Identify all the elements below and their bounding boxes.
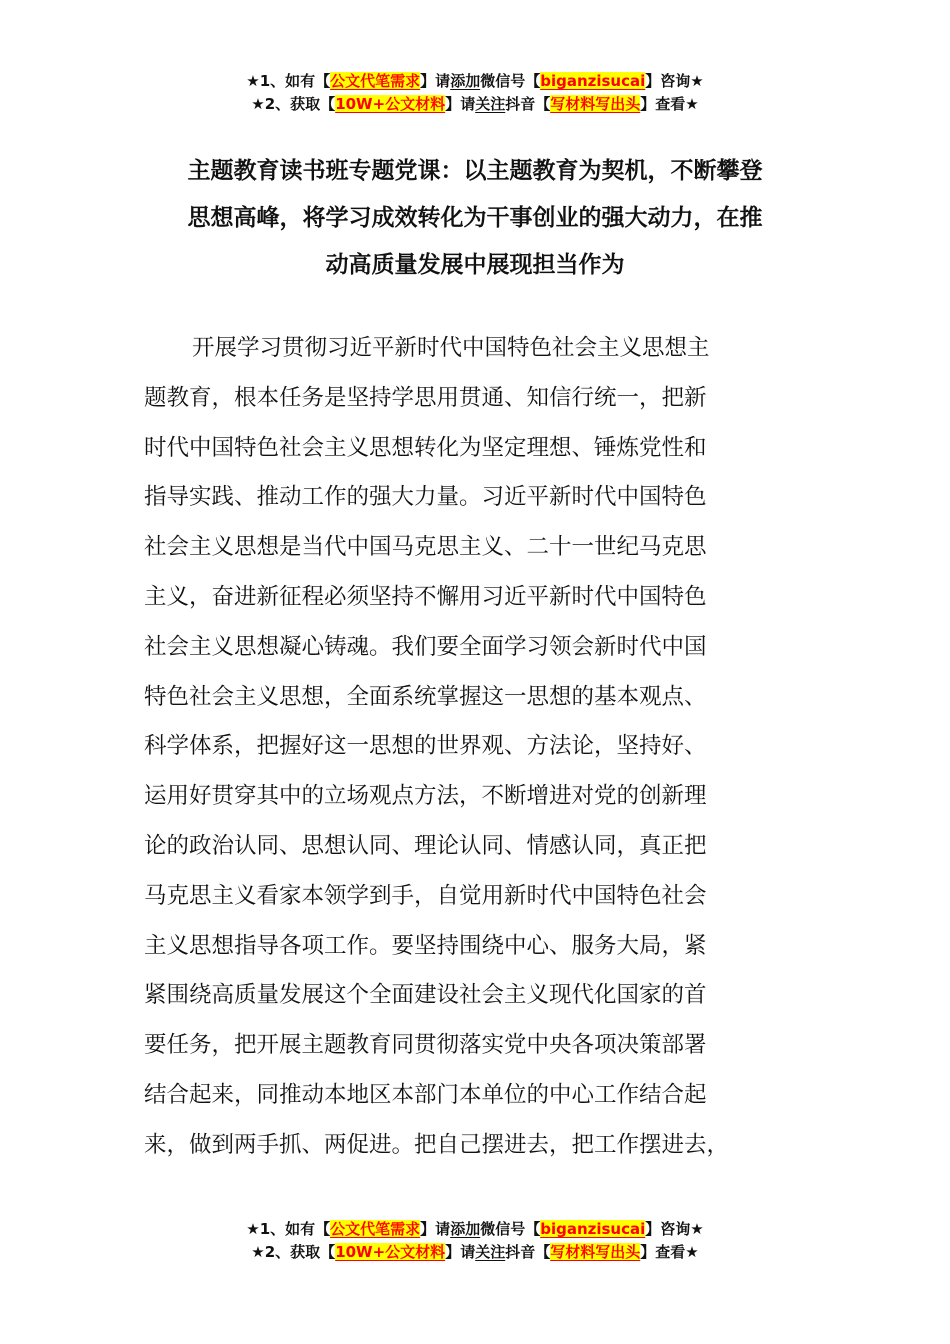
- body-line: 指导实践、推动工作的强大力量。习近平新时代中国特色: [144, 473, 804, 523]
- body-line: 社会主义思想是当代中国马克思主义、二十一世纪马克思: [144, 523, 804, 573]
- body-line: 时代中国特色社会主义思想转化为坚定理想、锤炼党性和: [144, 424, 804, 474]
- highlight-douyin-account: 写材料写出头: [550, 1243, 640, 1261]
- underlined-follow: 关注: [475, 1243, 505, 1261]
- body-line: 科学体系，把握好这一思想的世界观、方法论，坚持好、: [144, 722, 804, 772]
- banner-text: 抖音【: [505, 95, 550, 113]
- highlight-service: 公文代笔需求: [330, 1220, 420, 1238]
- document-title: 主题教育读书班专题党课：以主题教育为契机，不断攀登 思想高峰，将学习成效转化为干…: [145, 148, 805, 289]
- banner-text: 】咨询★: [645, 1220, 703, 1238]
- body-line: 紧围绕高质量发展这个全面建设社会主义现代化国家的首: [144, 971, 804, 1021]
- highlight-materials: 10W+公文材料: [335, 95, 445, 113]
- banner-text: 】查看★: [640, 1243, 698, 1261]
- banner-text: 微信号【: [480, 1220, 540, 1238]
- body-line: 马克思主义看家本领学到手，自觉用新时代中国特色社会: [144, 872, 804, 922]
- body-line: 题教育，根本任务是坚持学思用贯通、知信行统一，把新: [144, 374, 804, 424]
- highlight-wechat-id: biganzisucai: [540, 72, 645, 90]
- banner-text: 】查看★: [640, 95, 698, 113]
- body-line: 特色社会主义思想，全面系统掌握这一思想的基本观点、: [144, 673, 804, 723]
- banner-line-2: ★2、获取【10W+公文材料】请关注抖音【写材料写出头】查看★: [0, 1241, 950, 1264]
- banner-text: ★2、获取【: [251, 1243, 335, 1261]
- body-line: 要任务，把开展主题教育同贯彻落实党中央各项决策部署: [144, 1021, 804, 1071]
- body-line: 论的政治认同、思想认同、理论认同、情感认同，真正把: [144, 822, 804, 872]
- body-line: 来，做到两手抓、两促进。把自己摆进去，把工作摆进去，: [144, 1121, 804, 1171]
- title-line: 动高质量发展中展现担当作为: [145, 242, 805, 289]
- title-line: 思想高峰，将学习成效转化为干事创业的强大动力，在推: [145, 195, 805, 242]
- body-line: 社会主义思想凝心铸魂。我们要全面学习领会新时代中国: [144, 623, 804, 673]
- banner-line-1: ★1、如有【公文代笔需求】请添加微信号【biganzisucai】咨询★: [0, 70, 950, 93]
- banner-line-2: ★2、获取【10W+公文材料】请关注抖音【写材料写出头】查看★: [0, 93, 950, 116]
- title-line: 主题教育读书班专题党课：以主题教育为契机，不断攀登: [145, 148, 805, 195]
- banner-text: 】请: [445, 95, 475, 113]
- banner-text: 微信号【: [480, 72, 540, 90]
- underlined-add: 添加: [450, 72, 480, 90]
- highlight-service: 公文代笔需求: [330, 72, 420, 90]
- banner-text: 】请: [420, 72, 450, 90]
- banner-text: ★1、如有【: [246, 72, 330, 90]
- header-banner: ★1、如有【公文代笔需求】请添加微信号【biganzisucai】咨询★ ★2、…: [0, 70, 950, 116]
- banner-text: 】请: [420, 1220, 450, 1238]
- highlight-douyin-account: 写材料写出头: [550, 95, 640, 113]
- highlight-materials: 10W+公文材料: [335, 1243, 445, 1261]
- underlined-follow: 关注: [475, 95, 505, 113]
- banner-text: ★1、如有【: [246, 1220, 330, 1238]
- body-line: 结合起来，同推动本地区本部门本单位的中心工作结合起: [144, 1071, 804, 1121]
- banner-text: ★2、获取【: [251, 95, 335, 113]
- body-line: 主义思想指导各项工作。要坚持围绕中心、服务大局，紧: [144, 922, 804, 972]
- banner-text: 抖音【: [505, 1243, 550, 1261]
- underlined-add: 添加: [450, 1220, 480, 1238]
- body-line: 运用好贯穿其中的立场观点方法，不断增进对党的创新理: [144, 772, 804, 822]
- banner-text: 】咨询★: [645, 72, 703, 90]
- body-line: 开展学习贯彻习近平新时代中国特色社会主义思想主: [144, 324, 804, 374]
- footer-banner: ★1、如有【公文代笔需求】请添加微信号【biganzisucai】咨询★ ★2、…: [0, 1218, 950, 1264]
- body-paragraph: 开展学习贯彻习近平新时代中国特色社会主义思想主 题教育，根本任务是坚持学思用贯通…: [144, 324, 804, 1171]
- body-line: 主义，奋进新征程必须坚持不懈用习近平新时代中国特色: [144, 573, 804, 623]
- banner-text: 】请: [445, 1243, 475, 1261]
- highlight-wechat-id: biganzisucai: [540, 1220, 645, 1238]
- banner-line-1: ★1、如有【公文代笔需求】请添加微信号【biganzisucai】咨询★: [0, 1218, 950, 1241]
